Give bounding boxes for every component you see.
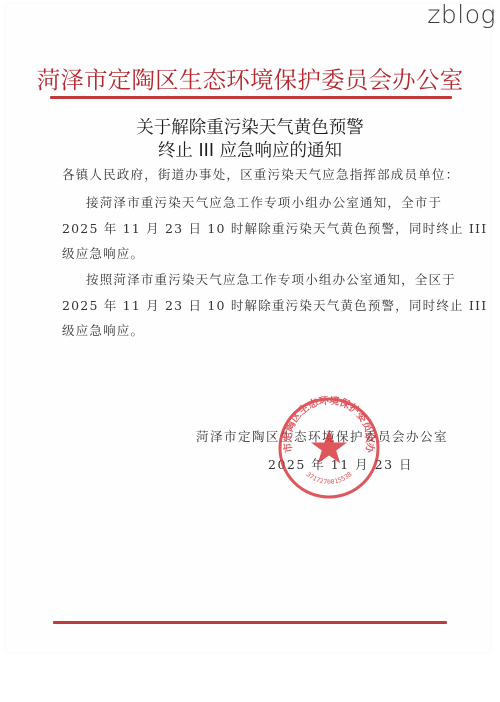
paragraph-2-line-3: 级应急响应。 xyxy=(62,321,442,339)
org-header: 菏泽市定陶区生态环境保护委员会办公室 xyxy=(0,61,500,95)
seal-code: 3717270015538 xyxy=(304,470,353,486)
paragraph-1-line-2: 2025 年 11 月 23 日 10 时解除重污染天气黄色预警，同时终止 II… xyxy=(62,219,442,237)
salutation: 各镇人民政府，街道办事处，区重污染天气应急指挥部成员单位： xyxy=(62,165,442,183)
paragraph-2-line-2: 2025 年 11 月 23 日 10 时解除重污染天气黄色预警，同时终止 II… xyxy=(62,296,442,314)
paragraph-1-line-3: 级应急响应。 xyxy=(62,244,442,262)
paragraph-2-line-1: 按照菏泽市重污染天气应急工作专项小组办公室通知，全区于 xyxy=(86,270,442,288)
paragraph-1-line-1: 接菏泽市重污染天气应急工作专项小组办公室通知，全市于 xyxy=(86,193,442,211)
seal-star-icon xyxy=(311,430,347,464)
document-title-line-1: 关于解除重污染天气黄色预警 xyxy=(0,114,500,139)
official-seal-icon: 菏泽市定陶区生态环境保护委员会办公室 3717270015538 xyxy=(277,396,381,500)
header-red-rule xyxy=(50,96,452,99)
footer-red-rule xyxy=(53,621,447,624)
watermark-logo: zblog xyxy=(427,0,496,29)
document-title-line-2: 终止 III 应急响应的通知 xyxy=(0,137,500,162)
